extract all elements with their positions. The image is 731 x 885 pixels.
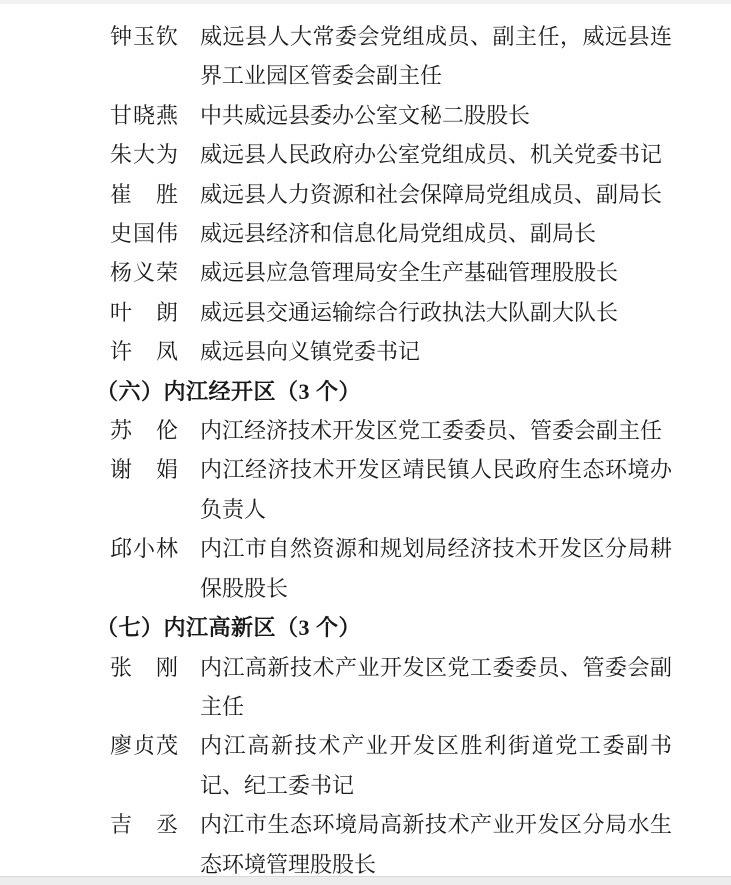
appointee-name: 廖贞茂 xyxy=(110,726,178,765)
appointee-title: 内江经济技术开发区靖民镇人民政府生态环境办负责人 xyxy=(200,450,672,529)
appointee-name: 谢 娟 xyxy=(110,450,178,489)
appointee-name: 苏 伦 xyxy=(110,411,178,450)
page-top-edge xyxy=(0,0,731,4)
section-heading-label: （七）内江高新区（3 个） xyxy=(96,615,361,640)
appointee-name: 吉 丞 xyxy=(110,805,178,844)
appointee-name: 钟玉钦 xyxy=(110,17,178,56)
appointee-row: 朱大为 威远县人民政府办公室党组成员、机关党委书记 xyxy=(110,135,731,174)
appointee-row: 崔 胜 威远县人力资源和社会保障局党组成员、副局长 xyxy=(110,175,731,214)
appointee-title: 内江高新技术产业开发区胜利街道党工委副书记、纪工委书记 xyxy=(200,726,672,805)
appointee-name: 张 刚 xyxy=(110,648,178,687)
appointee-row: 谢 娟 内江经济技术开发区靖民镇人民政府生态环境办负责人 xyxy=(110,450,731,529)
appointee-name: 崔 胜 xyxy=(110,175,178,214)
document-page: { "page": { "width": 731, "height": 885,… xyxy=(0,0,731,885)
appointee-name: 甘晓燕 xyxy=(110,96,178,135)
appointee-row: 张 刚 内江高新技术产业开发区党工委委员、管委会副主任 xyxy=(110,648,731,727)
appointee-title: 威远县交通运输综合行政执法大队副大队长 xyxy=(200,293,672,332)
appointee-title: 中共威远县委办公室文秘二股股长 xyxy=(200,96,672,135)
appointee-row: 杨义荣 威远县应急管理局安全生产基础管理股股长 xyxy=(110,253,731,292)
appointee-name: 杨义荣 xyxy=(110,253,178,292)
section-heading: （七）内江高新区（3 个） xyxy=(96,608,731,647)
appointee-name: 朱大为 xyxy=(110,135,178,174)
appointee-row: 廖贞茂 内江高新技术产业开发区胜利街道党工委副书记、纪工委书记 xyxy=(110,726,731,805)
appointee-title: 威远县应急管理局安全生产基础管理股股长 xyxy=(200,253,672,292)
appointee-row: 史国伟 威远县经济和信息化局党组成员、副局长 xyxy=(110,214,731,253)
appointee-row: 钟玉钦 威远县人大常委会党组成员、副主任，威远县连界工业园区管委会副主任 xyxy=(110,17,731,96)
appointee-list: 钟玉钦 威远县人大常委会党组成员、副主任，威远县连界工业园区管委会副主任 甘晓燕… xyxy=(0,4,731,884)
appointee-title: 威远县人力资源和社会保障局党组成员、副局长 xyxy=(200,175,672,214)
appointee-name: 许 凤 xyxy=(110,332,178,371)
appointee-row: 甘晓燕 中共威远县委办公室文秘二股股长 xyxy=(110,96,731,135)
section-heading-label: （六）内江经开区（3 个） xyxy=(96,379,361,404)
appointee-row: 叶 朗 威远县交通运输综合行政执法大队副大队长 xyxy=(110,293,731,332)
appointee-title: 内江经济技术开发区党工委委员、管委会副主任 xyxy=(200,411,672,450)
appointee-title: 威远县经济和信息化局党组成员、副局长 xyxy=(200,214,672,253)
appointee-row: 吉 丞 内江市生态环境局高新技术产业开发区分局水生态环境管理股股长 xyxy=(110,805,731,884)
appointee-title: 内江市生态环境局高新技术产业开发区分局水生态环境管理股股长 xyxy=(200,805,672,884)
page-bottom-edge xyxy=(0,876,731,885)
appointee-title: 威远县人民政府办公室党组成员、机关党委书记 xyxy=(200,135,672,174)
appointee-row: 苏 伦 内江经济技术开发区党工委委员、管委会副主任 xyxy=(110,411,731,450)
appointee-title: 威远县人大常委会党组成员、副主任，威远县连界工业园区管委会副主任 xyxy=(200,17,672,96)
appointee-name: 叶 朗 xyxy=(110,293,178,332)
appointee-row: 邱小林 内江市自然资源和规划局经济技术开发区分局耕保股股长 xyxy=(110,529,731,608)
section-heading: （六）内江经开区（3 个） xyxy=(96,372,731,411)
appointee-title: 威远县向义镇党委书记 xyxy=(200,332,672,371)
appointee-title: 内江高新技术产业开发区党工委委员、管委会副主任 xyxy=(200,648,672,727)
appointee-name: 邱小林 xyxy=(110,529,178,568)
appointee-row: 许 凤 威远县向义镇党委书记 xyxy=(110,332,731,371)
appointee-title: 内江市自然资源和规划局经济技术开发区分局耕保股股长 xyxy=(200,529,672,608)
appointee-name: 史国伟 xyxy=(110,214,178,253)
